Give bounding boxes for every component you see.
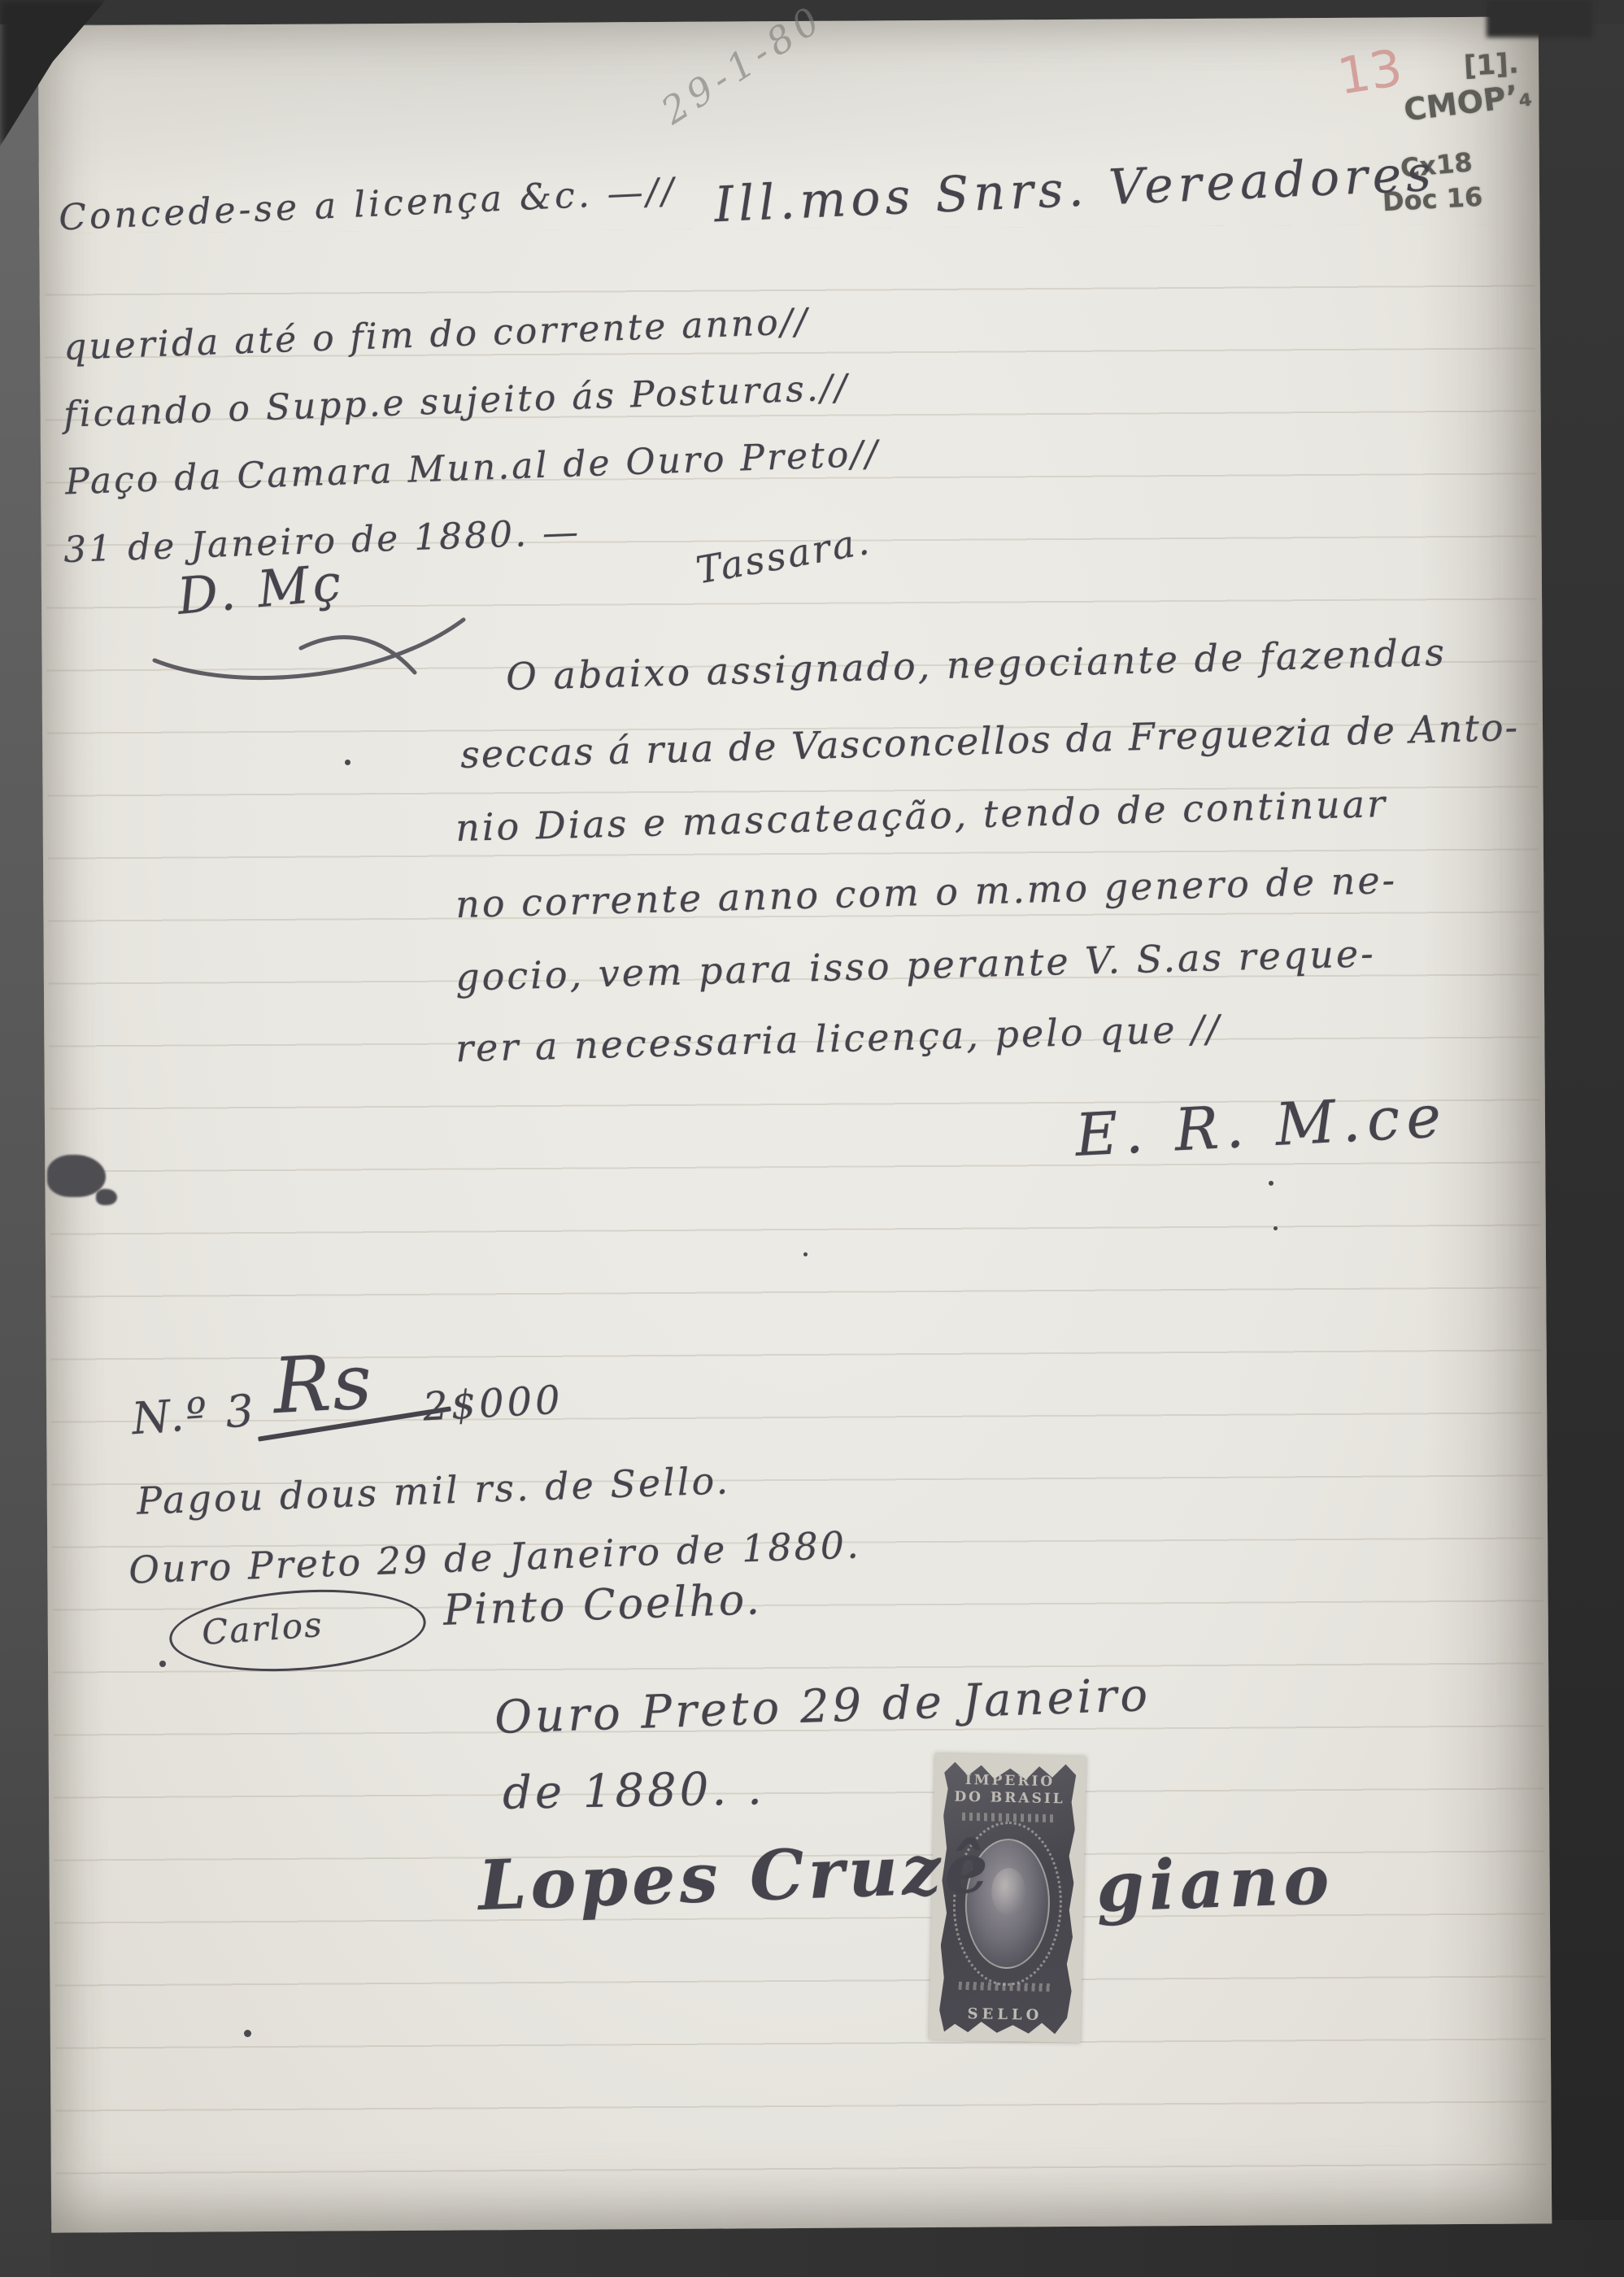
scanned-document-page: 29-1-80 [1]. 13 CMOP’₄ Cx18 Doc 16 Ill.m… — [0, 0, 1624, 2277]
ink-speck — [345, 760, 350, 765]
main-signature-right: giano — [1095, 1839, 1334, 1927]
ink-speck — [1274, 1226, 1278, 1230]
signature-flourish — [138, 603, 488, 693]
tax-number: N.º 3 — [130, 1385, 258, 1445]
ink-speck — [244, 2030, 251, 2037]
stamp-text-sello: SELLO — [939, 2005, 1071, 2024]
stamp-text-imperio: IMPERIO — [965, 1772, 1056, 1790]
red-number-mark: 13 — [1334, 37, 1406, 106]
tax-crossed-symbol: Rs — [271, 1338, 376, 1431]
ink-speck — [159, 1661, 166, 1667]
emperor-portrait — [991, 1868, 1026, 1916]
tax-signature-left: Carlos — [200, 1604, 324, 1652]
stamp-lattice-bottom — [958, 1982, 1053, 1992]
ink-blot-left-margin-small — [96, 1189, 117, 1205]
scan-notch-top-right — [1487, 0, 1592, 37]
ink-speck — [1269, 1181, 1274, 1186]
tax-amount: 2$000 — [422, 1378, 564, 1430]
ink-blot-left-margin — [47, 1155, 106, 1197]
dateline-2: de 1880. . — [502, 1762, 765, 1820]
stamp-text-do-brasil: DO BRASIL — [954, 1789, 1065, 1808]
corner-number-mark: [1]. — [1463, 47, 1520, 82]
stamp-country-text: IMPERIO DO BRASIL — [943, 1771, 1076, 1808]
ink-speck — [803, 1252, 808, 1256]
